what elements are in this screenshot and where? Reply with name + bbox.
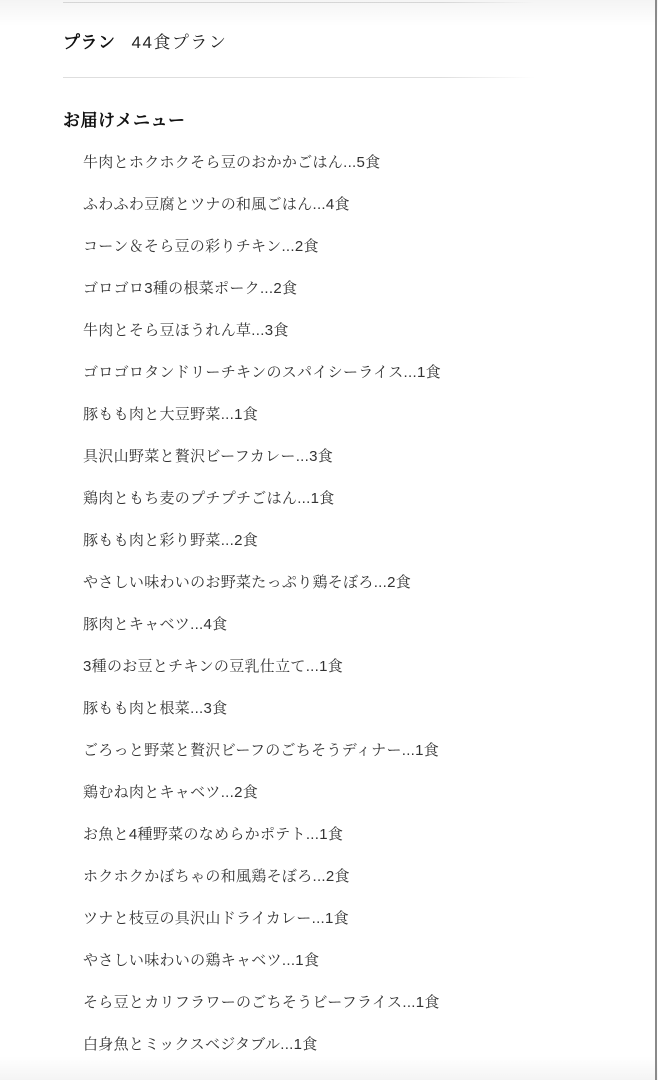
menu-item: ホクホクかぼちゃの和風鶏そぼろ...2食 — [83, 854, 441, 896]
menu-item: 具沢山野菜と贅沢ビーフカレー...3食 — [83, 434, 441, 476]
menu-item: やさしい味わいの鶏キャベツ...1食 — [83, 938, 441, 980]
delivery-menu-list: 牛肉とホクホクそら豆のおかかごはん...5食ふわふわ豆腐とツナの和風ごはん...… — [83, 140, 441, 1064]
menu-item: 白身魚とミックスベジタブル...1食 — [83, 1022, 441, 1064]
menu-item: そら豆とカリフラワーのごちそうビーフライス...1食 — [83, 980, 441, 1022]
menu-item: 豚もも肉と彩り野菜...2食 — [83, 518, 441, 560]
plan-section: プラン 44食プラン — [63, 3, 588, 77]
menu-item: 牛肉とホクホクそら豆のおかかごはん...5食 — [83, 140, 441, 182]
menu-item: 豚もも肉と根菜...3食 — [83, 686, 441, 728]
menu-item: 豚肉とキャベツ...4食 — [83, 602, 441, 644]
menu-item: ごろっと野菜と贅沢ビーフのごちそうディナー...1食 — [83, 728, 441, 770]
menu-item: 鶏肉ともち麦のプチプチごはん...1食 — [83, 476, 441, 518]
plan-label: プラン — [63, 28, 116, 53]
section-divider-plan-bottom — [63, 77, 535, 78]
menu-item: コーン＆そら豆の彩りチキン...2食 — [83, 224, 441, 266]
delivery-menu-heading: お届けメニュー — [63, 106, 186, 131]
menu-item: ゴロゴロ3種の根菜ポーク...2食 — [83, 266, 441, 308]
menu-item: 豚もも肉と大豆野菜...1食 — [83, 392, 441, 434]
menu-item: お魚と4種野菜のなめらかポテト...1食 — [83, 812, 441, 854]
menu-item: 牛肉とそら豆ほうれん草...3食 — [83, 308, 441, 350]
menu-item: 3種のお豆とチキンの豆乳仕立て...1食 — [83, 644, 441, 686]
menu-item: ツナと枝豆の具沢山ドライカレー...1食 — [83, 896, 441, 938]
menu-item: やさしい味わいのお野菜たっぷり鶏そぼろ...2食 — [83, 560, 441, 602]
right-edge-border — [655, 0, 657, 1080]
menu-item: 鶏むね肉とキャベツ...2食 — [83, 770, 441, 812]
menu-item: ゴロゴロタンドリーチキンのスパイシーライス...1食 — [83, 350, 441, 392]
menu-item: ふわふわ豆腐とツナの和風ごはん...4食 — [83, 182, 441, 224]
plan-value: 44食プラン — [132, 28, 228, 53]
order-confirmation-page: プラン 44食プラン お届けメニュー 牛肉とホクホクそら豆のおかかごはん...5… — [0, 0, 658, 1080]
